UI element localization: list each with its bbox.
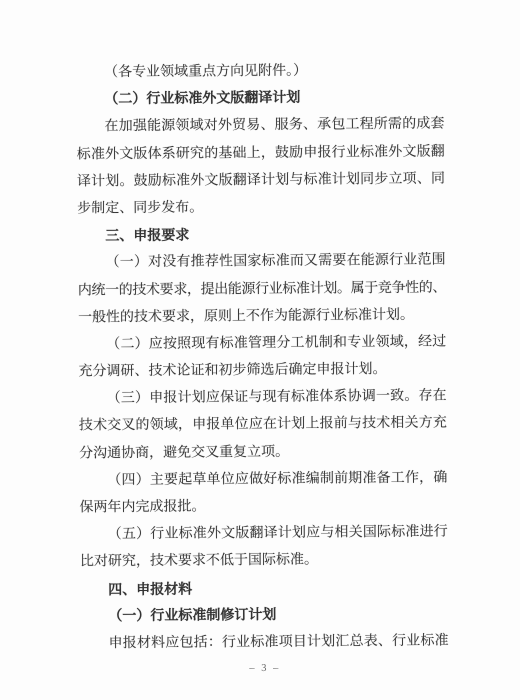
body-line: （五）行业标准外文版翻译计划应与相关国际标准进行 [80,519,448,549]
body-line: （二）应按照现有标准管理分工机制和专业领域，经过 [78,328,446,358]
body-line: 技术交叉的领域，申报单位应在计划上报前与技术相关方充 [79,410,447,440]
body-line: 在加强能源领域对外贸易、服务、承包工程所需的成套 [76,111,444,141]
body-line: 充分调研、技术论证和初步筛选后确定申报计划。 [78,356,446,386]
body-line: 保两年内完成报批。 [79,492,447,522]
body-line: （四）主要起草单位应做好标准编制前期准备工作，确 [79,464,447,494]
heading-line: （一）行业标准制修订计划 [80,600,448,630]
body-line: （各专业领域重点方向见附件。） [76,57,444,87]
body-line: （一）对没有推荐性国家标准而又需要在能源行业范围 [78,247,446,277]
document-page: （各专业领域重点方向见附件。）（二）行业标准外文版翻译计划在加强能源领域对外贸易… [0,0,520,700]
body-line: 译计划。鼓励标准外文版翻译计划与标准计划同步立项、同 [77,165,445,195]
body-line: （三）申报计划应保证与现有标准体系协调一致。存在 [79,383,447,413]
body-line: 标准外文版体系研究的基础上，鼓励申报行业标准外文版翻 [77,138,445,168]
heading-line: 四、申报材料 [80,573,448,603]
page-number: – 3 – [81,662,449,676]
body-line: 一般性的技术要求，原则上不作为能源行业标准计划。 [78,301,446,331]
body-line: 步制定、同步发布。 [77,192,445,222]
body-line: 内统一的技术要求，提出能源行业标准计划。属于竞争性的、 [78,274,446,304]
document-content: （各专业领域重点方向见附件。）（二）行业标准外文版翻译计划在加强能源领域对外贸易… [76,57,449,676]
heading-line: （二）行业标准外文版翻译计划 [76,84,444,114]
body-line: 申报材料应包括：行业标准项目计划汇总表、行业标准 [80,627,448,657]
heading-line: 三、申报要求 [77,220,445,250]
document-body: （各专业领域重点方向见附件。）（二）行业标准外文版翻译计划在加强能源领域对外贸易… [76,57,449,658]
body-line: 比对研究，技术要求不低于国际标准。 [80,546,448,576]
body-line: 分沟通协商，避免交叉重复立项。 [79,437,447,467]
